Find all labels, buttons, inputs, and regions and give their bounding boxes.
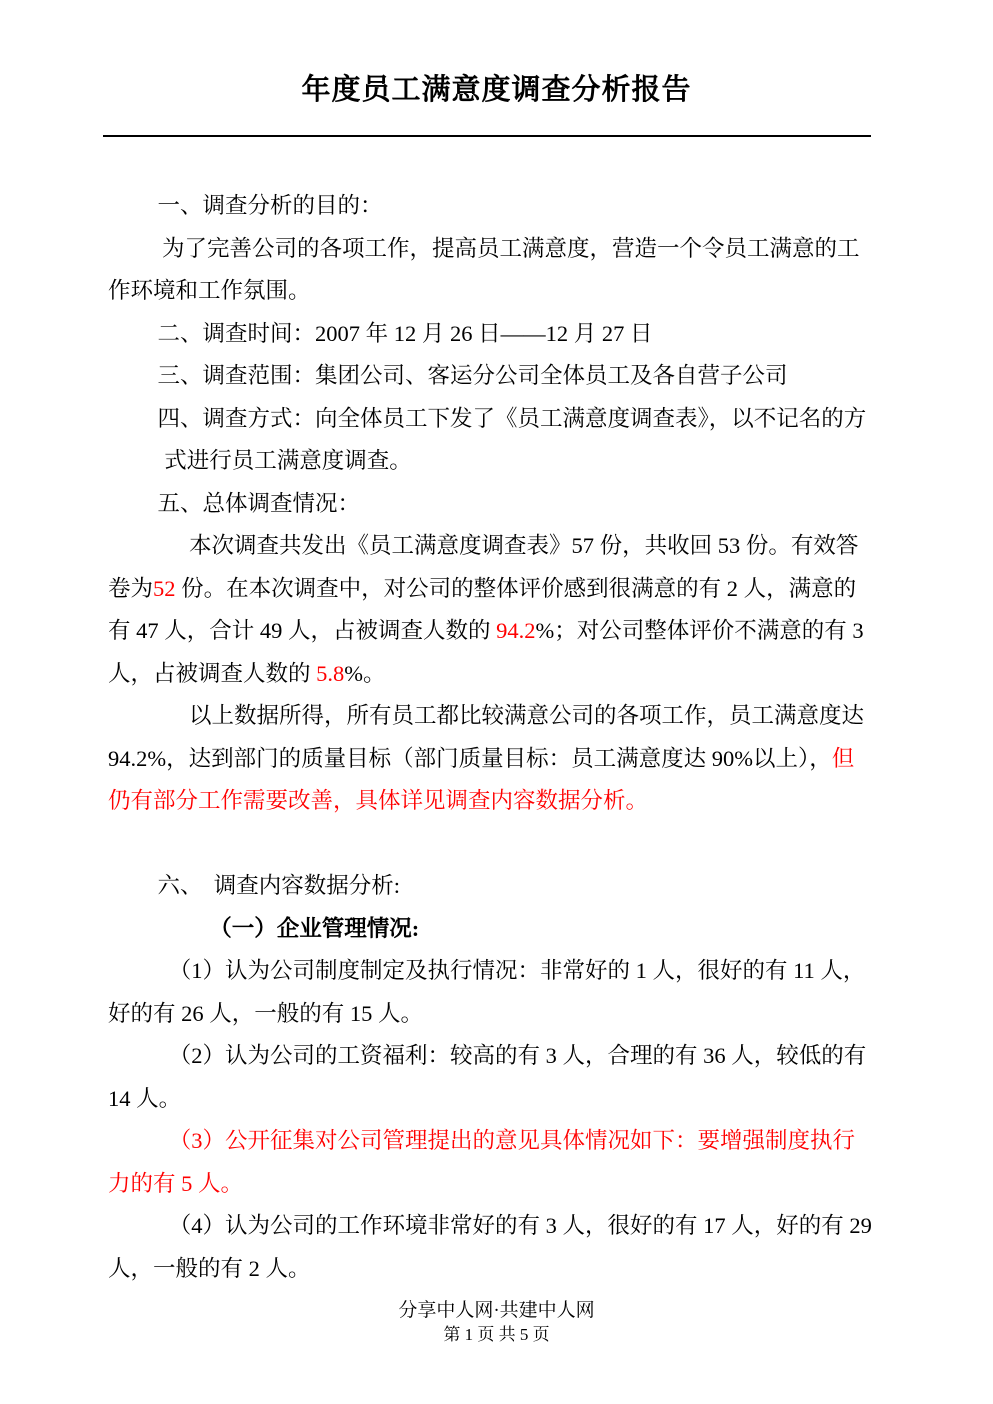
page-footer: 分享中人网·共建中人网 第 1 页 共 5 页	[0, 1298, 993, 1347]
paragraph: 为了完善公司的各项工作，提高员工满意度，营造一个令员工满意的工作环境和工作氛围。	[108, 228, 874, 313]
text-run: 一、调查分析的目的：	[158, 193, 383, 218]
footer-site-line: 分享中人网·共建中人网	[0, 1298, 993, 1323]
paragraph: （一）企业管理情况:	[108, 908, 874, 951]
paragraph: 本次调查共发出《员工满意度调查表》57 份，共收回 53 份。有效答卷为52 份…	[108, 525, 874, 695]
text-run: 五、总体调查情况：	[158, 491, 361, 516]
paragraph: 二、调查时间：2007 年 12 月 26 日——12 月 27 日	[108, 313, 874, 356]
document-body: 一、调查分析的目的：为了完善公司的各项工作，提高员工满意度，营造一个令员工满意的…	[108, 185, 874, 1290]
text-run: 52	[153, 576, 176, 601]
text-run: 94.2	[496, 618, 535, 643]
text-run: 5.8	[316, 661, 344, 686]
text-run: 四、调查方式：向全体员工下发了《员工满意度调查表》，以不记名的方式进行员工满意度…	[158, 406, 867, 474]
paragraph: （3）公开征集对公司管理提出的意见具体情况如下：要增强制度执行力的有 5 人。	[108, 1120, 874, 1205]
text-run: （2）认为公司的工资福利：较高的有 3 人，合理的有 36 人，较低的有 14 …	[108, 1043, 872, 1111]
text-run: （4）认为公司的工作环境非常好的有 3 人，很好的有 17 人，好的有 29 人…	[108, 1213, 878, 1281]
paragraph: 六、 调查内容数据分析:	[108, 865, 874, 908]
paragraph	[108, 823, 874, 866]
text-run: 三、调查范围：集团公司、客运分公司全体员工及各自营子公司	[158, 363, 788, 388]
paragraph: 一、调查分析的目的：	[108, 185, 874, 228]
text-run: 以上数据所得，所有员工都比较满意公司的各项工作，员工满意度达 94.2%，达到部…	[108, 703, 870, 771]
paragraph: 以上数据所得，所有员工都比较满意公司的各项工作，员工满意度达 94.2%，达到部…	[108, 695, 874, 823]
title-divider	[103, 135, 871, 137]
paragraph: （4）认为公司的工作环境非常好的有 3 人，很好的有 17 人，好的有 29 人…	[108, 1205, 874, 1290]
paragraph: 三、调查范围：集团公司、客运分公司全体员工及各自营子公司	[108, 355, 874, 398]
text-run: %。	[344, 661, 385, 686]
text-run: （1）认为公司制度制定及执行情况：非常好的 1 人，很好的有 11 人，好的有 …	[108, 958, 865, 1026]
paragraph: 五、总体调查情况：	[108, 483, 874, 526]
text-run: 为了完善公司的各项工作，提高员工满意度，营造一个令员工满意的工作环境和工作氛围。	[108, 236, 860, 304]
text-run: （一）企业管理情况:	[209, 916, 419, 941]
text-run: 六、 调查内容数据分析:	[158, 873, 401, 898]
text-run: （3）公开征集对公司管理提出的意见具体情况如下：要增强制度执行力的有 5 人。	[108, 1128, 855, 1196]
paragraph: （2）认为公司的工资福利：较高的有 3 人，合理的有 36 人，较低的有 14 …	[108, 1035, 874, 1120]
paragraph: 四、调查方式：向全体员工下发了《员工满意度调查表》，以不记名的方式进行员工满意度…	[108, 398, 874, 483]
text-run: 二、调查时间：2007 年 12 月 26 日——12 月 27 日	[158, 321, 653, 346]
document-page: 年度员工满意度调查分析报告 一、调查分析的目的：为了完善公司的各项工作，提高员工…	[0, 0, 993, 1404]
footer-page-number: 第 1 页 共 5 页	[0, 1323, 993, 1347]
paragraph: （1）认为公司制度制定及执行情况：非常好的 1 人，很好的有 11 人，好的有 …	[108, 950, 874, 1035]
document-title: 年度员工满意度调查分析报告	[0, 0, 993, 110]
